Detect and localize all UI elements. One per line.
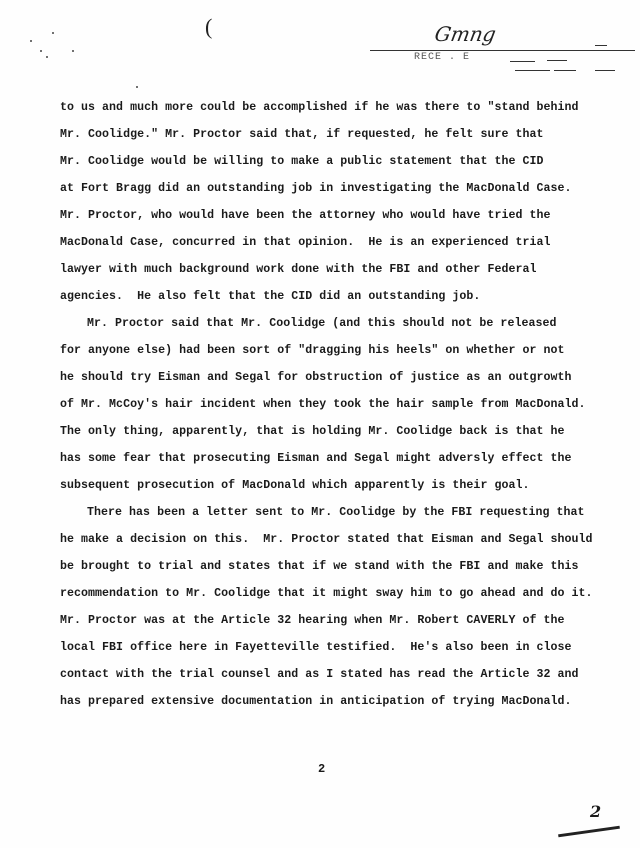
stamp-rule <box>595 45 607 46</box>
text-line: he make a decision on this. Mr. Proctor … <box>60 526 600 553</box>
text-line: lawyer with much background work done wi… <box>60 256 600 283</box>
text-line: Mr. Proctor, who would have been the att… <box>60 202 600 229</box>
stamp-rule <box>554 70 576 71</box>
text-line: has some fear that prosecuting Eisman an… <box>60 445 600 472</box>
text-line: The only thing, apparently, that is hold… <box>60 418 600 445</box>
text-line: he should try Eisman and Segal for obstr… <box>60 364 600 391</box>
scan-speck <box>72 50 74 52</box>
text-line: MacDonald Case, concurred in that opinio… <box>60 229 600 256</box>
scan-speck <box>136 86 138 88</box>
stamp-rule <box>370 50 635 51</box>
handwritten-signature: Gmng <box>433 22 498 46</box>
text-line: Mr. Proctor was at the Article 32 hearin… <box>60 607 600 634</box>
text-line: Mr. Coolidge would be willing to make a … <box>60 148 600 175</box>
text-line: be brought to trial and states that if w… <box>60 553 600 580</box>
text-line: subsequent prosecution of MacDonald whic… <box>60 472 600 499</box>
text-line: recommendation to Mr. Coolidge that it m… <box>60 580 600 607</box>
stamp-rule <box>595 70 615 71</box>
text-line: of Mr. McCoy's hair incident when they t… <box>60 391 600 418</box>
stamp-rule <box>515 70 550 71</box>
text-line: at Fort Bragg did an outstanding job in … <box>60 175 600 202</box>
paragraph-start-line: Mr. Proctor said that Mr. Coolidge (and … <box>60 310 600 337</box>
scan-speck <box>30 40 32 42</box>
scan-speck <box>40 50 42 52</box>
text-line: has prepared extensive documentation in … <box>60 688 600 715</box>
paragraph-start-line: There has been a letter sent to Mr. Cool… <box>60 499 600 526</box>
text-line: for anyone else) had been sort of "dragg… <box>60 337 600 364</box>
scan-speck <box>46 56 48 58</box>
text-line: to us and much more could be accomplishe… <box>60 94 600 121</box>
stamp-text: RECE . E <box>414 52 470 63</box>
handwritten-corner-number: 2 <box>590 802 601 821</box>
handwritten-paren-mark: ( <box>205 14 212 40</box>
document-page: ( Gmng RECE . E to us and much more coul… <box>0 0 640 848</box>
stamp-rule <box>510 61 535 62</box>
text-line: Mr. Coolidge." Mr. Proctor said that, if… <box>60 121 600 148</box>
text-line: local FBI office here in Fayetteville te… <box>60 634 600 661</box>
page-number: 2 <box>318 762 325 776</box>
memo-body: to us and much more could be accomplishe… <box>60 94 600 715</box>
handwritten-initials-mark <box>558 826 620 838</box>
text-line: contact with the trial counsel and as I … <box>60 661 600 688</box>
received-stamp: Gmng RECE . E <box>370 20 640 80</box>
scan-speck <box>52 32 54 34</box>
stamp-rule <box>547 60 567 61</box>
text-line: agencies. He also felt that the CID did … <box>60 283 600 310</box>
